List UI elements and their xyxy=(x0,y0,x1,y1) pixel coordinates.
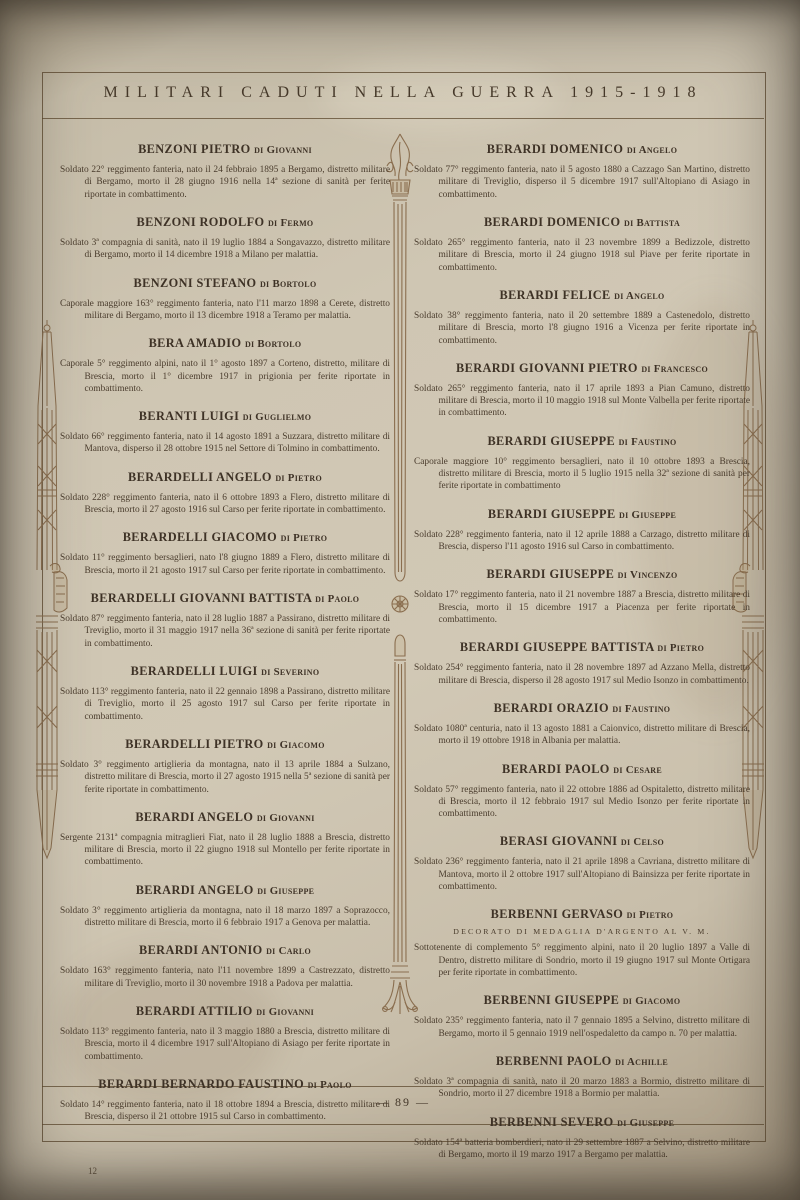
entry-patronymic: di Angelo xyxy=(614,290,664,302)
entry-text: Soldato 66° reggimento fanteria, nato il… xyxy=(60,431,390,456)
entry-patronymic: di Giuseppe xyxy=(619,509,676,521)
entry-patronymic: di Pietro xyxy=(657,642,704,654)
entry-text: Sergente 2131ª compagnia mitraglieri Fia… xyxy=(60,832,390,869)
entry-heading: BERARDI DOMENICO di Battista xyxy=(414,215,750,230)
entry-heading: BERARDI ANGELO di Giuseppe xyxy=(60,883,390,898)
memorial-entry: BERBENNI PAOLO di Achille Soldato 3ª com… xyxy=(414,1054,750,1101)
entry-patronymic: di Giuseppe xyxy=(617,1117,674,1129)
memorial-entry: BERBENNI GIUSEPPE di Giacomo Soldato 235… xyxy=(414,993,750,1040)
entry-heading: BERARDI ATTILIO di Giovanni xyxy=(60,1004,390,1019)
entry-patronymic: di Giacomo xyxy=(267,739,325,751)
entry-name: BERBENNI GIUSEPPE xyxy=(484,993,620,1007)
memorial-entry: BERASI GIOVANNI di Celso Soldato 236° re… xyxy=(414,834,750,893)
memorial-entry: BERBENNI SEVERO di Giuseppe Soldato 154ª… xyxy=(414,1115,750,1162)
entry-heading: BENZONI STEFANO di Bortolo xyxy=(60,276,390,291)
entry-name: BERARDI GIUSEPPE BATTISTA xyxy=(460,640,654,654)
entry-heading: BERARDI GIUSEPPE di Giuseppe xyxy=(414,507,750,522)
entry-heading: BERARDI ANTONIO di Carlo xyxy=(60,943,390,958)
memorial-entry: BERARDI ANGELO di Giovanni Sergente 2131… xyxy=(60,810,390,869)
entry-name: BERASI GIOVANNI xyxy=(500,834,618,848)
entry-heading: BERARDELLI GIOVANNI BATTISTA di Paolo xyxy=(60,591,390,606)
entry-text: Soldato 228° reggimento fanteria, nato i… xyxy=(414,529,750,554)
entry-heading: BERARDI ANGELO di Giovanni xyxy=(60,810,390,825)
entry-patronymic: di Fermo xyxy=(268,217,313,229)
entry-text: Soldato 235° reggimento fanteria, nato i… xyxy=(414,1015,750,1040)
memorial-entry: BERARDI ANGELO di Giuseppe Soldato 3° re… xyxy=(60,883,390,930)
entry-text: Soldato 236° reggimento fanteria, nato i… xyxy=(414,856,750,893)
entry-text: Caporale maggiore 10° reggimento bersagl… xyxy=(414,456,750,493)
entry-heading: BERARDELLI GIACOMO di Pietro xyxy=(60,530,390,545)
entry-patronymic: di Guglielmo xyxy=(243,411,311,423)
memorial-entry: BENZONI RODOLFO di Fermo Soldato 3ª comp… xyxy=(60,215,390,262)
entry-text: Sottotenente di complemento 5° reggiment… xyxy=(414,942,750,979)
entry-text: Soldato 77° reggimento fanteria, nato il… xyxy=(414,164,750,201)
entry-name: BERARDI FELICE xyxy=(499,288,610,302)
entry-name: BERANTI LUIGI xyxy=(139,409,240,423)
entry-patronymic: di Bortolo xyxy=(260,278,316,290)
entry-name: BERARDELLI PIETRO xyxy=(125,737,263,751)
entry-name: BERARDI GIUSEPPE xyxy=(488,507,616,521)
entry-name: BERARDELLI GIOVANNI BATTISTA xyxy=(91,591,312,605)
entry-patronymic: di Giovanni xyxy=(256,1006,314,1018)
entry-heading: BERARDI ORAZIO di Faustino xyxy=(414,701,750,716)
memorial-entry: BERARDELLI ANGELO di Pietro Soldato 228°… xyxy=(60,470,390,517)
entry-heading: BERARDI GIUSEPPE BATTISTA di Pietro xyxy=(414,640,750,655)
entry-name: BERBENNI SEVERO xyxy=(490,1115,614,1129)
entry-heading: BERBENNI GIUSEPPE di Giacomo xyxy=(414,993,750,1008)
memorial-entry: BERARDI GIUSEPPE di Giuseppe Soldato 228… xyxy=(414,507,750,554)
entry-name: BENZONI PIETRO xyxy=(138,142,251,156)
entry-patronymic: di Giovanni xyxy=(257,812,315,824)
memorial-entry: BERARDI DOMENICO di Angelo Soldato 77° r… xyxy=(414,142,750,201)
entry-text: Soldato 113° reggimento fanteria, nato i… xyxy=(60,686,390,723)
entry-name: BENZONI STEFANO xyxy=(134,276,257,290)
entry-heading: BERARDI GIOVANNI PIETRO di Francesco xyxy=(414,361,750,376)
memorial-entry: BERARDI PAOLO di Cesare Soldato 57° regg… xyxy=(414,762,750,821)
entry-patronymic: di Severino xyxy=(261,666,319,678)
entry-patronymic: di Carlo xyxy=(266,945,311,957)
memorial-entry: BERARDI ATTILIO di Giovanni Soldato 113°… xyxy=(60,1004,390,1063)
entry-name: BERARDI ORAZIO xyxy=(494,701,609,715)
memorial-entry: BERARDELLI LUIGI di Severino Soldato 113… xyxy=(60,664,390,723)
entry-name: BERBENNI GERVASO xyxy=(491,907,624,921)
entry-text: Soldato 113° reggimento fanteria, nato i… xyxy=(60,1026,390,1063)
entry-patronymic: di Pietro xyxy=(275,472,322,484)
entry-patronymic: di Paolo xyxy=(308,1079,352,1091)
entry-decoration: DECORATO DI MEDAGLIA D'ARGENTO AL V. M. xyxy=(414,927,750,936)
entry-name: BERARDI GIOVANNI PIETRO xyxy=(456,361,638,375)
entry-text: Soldato 3ª compagnia di sanità, nato il … xyxy=(60,237,390,262)
entry-patronymic: di Paolo xyxy=(315,593,359,605)
entry-text: Soldato 3° reggimento artiglieria da mon… xyxy=(60,759,390,796)
memorial-entry: BERA AMADIO di Bortolo Caporale 5° reggi… xyxy=(60,336,390,395)
entry-name: BERARDI DOMENICO xyxy=(487,142,624,156)
entry-heading: BERARDELLI ANGELO di Pietro xyxy=(60,470,390,485)
memorial-entry: BERARDI GIUSEPPE di Faustino Caporale ma… xyxy=(414,434,750,493)
entry-patronymic: di Giovanni xyxy=(254,144,312,156)
entry-heading: BERARDI GIUSEPPE di Faustino xyxy=(414,434,750,449)
entry-text: Soldato 17° reggimento fanteria, nato il… xyxy=(414,589,750,626)
entry-name: BERARDI GIUSEPPE xyxy=(487,434,615,448)
entry-heading: BERARDELLI PIETRO di Giacomo xyxy=(60,737,390,752)
entry-heading: BERANTI LUIGI di Guglielmo xyxy=(60,409,390,424)
entry-text: Caporale maggiore 163° reggimento fanter… xyxy=(60,298,390,323)
entry-heading: BENZONI PIETRO di Giovanni xyxy=(60,142,390,157)
entry-name: BERARDI ANGELO xyxy=(136,883,254,897)
entry-heading: BERA AMADIO di Bortolo xyxy=(60,336,390,351)
memorial-entry: BERBENNI GERVASO di Pietro DECORATO DI M… xyxy=(414,907,750,979)
page-number: — 89 — xyxy=(42,1095,764,1110)
entry-patronymic: di Pietro xyxy=(281,532,328,544)
entry-name: BERARDI ANTONIO xyxy=(139,943,263,957)
entry-text: Soldato 57° reggimento fanteria, nato il… xyxy=(414,784,750,821)
entry-text: Soldato 265° reggimento fanteria, nato i… xyxy=(414,237,750,274)
entry-name: BERARDI ANGELO xyxy=(135,810,253,824)
entry-text: Soldato 22° reggimento fanteria, nato il… xyxy=(60,164,390,201)
entry-heading: BERARDI PAOLO di Cesare xyxy=(414,762,750,777)
entry-patronymic: di Bortolo xyxy=(245,338,301,350)
entry-patronymic: di Faustino xyxy=(612,703,670,715)
entry-name: BERARDELLI LUIGI xyxy=(131,664,258,678)
entry-patronymic: di Pietro xyxy=(627,909,674,921)
entry-heading: BERARDELLI LUIGI di Severino xyxy=(60,664,390,679)
scanned-book-page: MILITARI CADUTI NELLA GUERRA 1915-1918 xyxy=(0,0,800,1200)
corner-sheet-number: 12 xyxy=(88,1166,97,1176)
entry-name: BERARDI GIUSEPPE xyxy=(486,567,614,581)
entry-text: Soldato 254° reggimento fanteria, nato i… xyxy=(414,662,750,687)
entry-patronymic: di Battista xyxy=(624,217,680,229)
entry-text: Soldato 154ª batteria bomberdieri, nato … xyxy=(414,1137,750,1162)
memorial-entry: BERARDELLI PIETRO di Giacomo Soldato 3° … xyxy=(60,737,390,796)
entry-heading: BERBENNI PAOLO di Achille xyxy=(414,1054,750,1069)
memorial-entry: BENZONI PIETRO di Giovanni Soldato 22° r… xyxy=(60,142,390,201)
entry-patronymic: di Francesco xyxy=(641,363,708,375)
entry-name: BERARDI BERNARDO FAUSTINO xyxy=(98,1077,304,1091)
entry-patronymic: di Achille xyxy=(615,1056,668,1068)
entry-patronymic: di Angelo xyxy=(627,144,677,156)
entry-heading: BENZONI RODOLFO di Fermo xyxy=(60,215,390,230)
entry-text: Soldato 265° reggimento fanteria, nato i… xyxy=(414,383,750,420)
entry-name: BENZONI RODOLFO xyxy=(137,215,265,229)
memorial-entry: BERARDELLI GIOVANNI BATTISTA di Paolo So… xyxy=(60,591,390,650)
entry-name: BERBENNI PAOLO xyxy=(496,1054,612,1068)
memorial-entry: BERARDELLI GIACOMO di Pietro Soldato 11°… xyxy=(60,530,390,577)
entry-name: BERA AMADIO xyxy=(149,336,242,350)
entry-text: Soldato 87° reggimento fanteria, nato il… xyxy=(60,613,390,650)
entry-name: BERARDELLI GIACOMO xyxy=(123,530,277,544)
entry-heading: BERARDI BERNARDO FAUSTINO di Paolo xyxy=(60,1077,390,1092)
entry-patronymic: di Celso xyxy=(621,836,664,848)
entry-patronymic: di Giacomo xyxy=(623,995,681,1007)
header-divider-rule xyxy=(42,118,764,119)
right-column: BERARDI DOMENICO di Angelo Soldato 77° r… xyxy=(414,128,750,1172)
entry-heading: BERASI GIOVANNI di Celso xyxy=(414,834,750,849)
entry-name: BERARDELLI ANGELO xyxy=(128,470,272,484)
entry-heading: BERBENNI GERVASO di Pietro xyxy=(414,907,750,922)
entry-heading: BERBENNI SEVERO di Giuseppe xyxy=(414,1115,750,1130)
entry-name: BERARDI ATTILIO xyxy=(136,1004,253,1018)
entry-text: Soldato 38° reggimento fanteria, nato il… xyxy=(414,310,750,347)
page-title: MILITARI CADUTI NELLA GUERRA 1915-1918 xyxy=(42,84,764,102)
entry-patronymic: di Faustino xyxy=(619,436,677,448)
memorial-entry: BENZONI STEFANO di Bortolo Caporale magg… xyxy=(60,276,390,323)
memorial-entry: BERARDI GIOVANNI PIETRO di Francesco Sol… xyxy=(414,361,750,420)
entry-patronymic: di Cesare xyxy=(613,764,662,776)
entry-text: Soldato 3° reggimento artiglieria da mon… xyxy=(60,905,390,930)
memorial-entry: BERARDI ANTONIO di Carlo Soldato 163° re… xyxy=(60,943,390,990)
entry-patronymic: di Giuseppe xyxy=(257,885,314,897)
entry-text: Soldato 11° reggimento bersaglieri, nato… xyxy=(60,552,390,577)
entry-text: Soldato 1080ª centuria, nato il 13 agost… xyxy=(414,723,750,748)
memorial-entry: BERANTI LUIGI di Guglielmo Soldato 66° r… xyxy=(60,409,390,456)
memorial-entry: BERARDI GIUSEPPE di Vincenzo Soldato 17°… xyxy=(414,567,750,626)
entry-name: BERARDI PAOLO xyxy=(502,762,610,776)
entry-text: Soldato 228° reggimento fanteria, nato i… xyxy=(60,492,390,517)
memorial-entry: BERARDI DOMENICO di Battista Soldato 265… xyxy=(414,215,750,274)
entry-text: Caporale 5° reggimento alpini, nato il 1… xyxy=(60,358,390,395)
left-column: BENZONI PIETRO di Giovanni Soldato 22° r… xyxy=(60,128,390,1135)
entry-heading: BERARDI FELICE di Angelo xyxy=(414,288,750,303)
memorial-entry: BERARDI ORAZIO di Faustino Soldato 1080ª… xyxy=(414,701,750,748)
entry-heading: BERARDI DOMENICO di Angelo xyxy=(414,142,750,157)
entry-patronymic: di Vincenzo xyxy=(618,569,678,581)
memorial-entry: BERARDI FELICE di Angelo Soldato 38° reg… xyxy=(414,288,750,347)
entry-text: Soldato 163° reggimento fanteria, nato l… xyxy=(60,965,390,990)
entry-name: BERARDI DOMENICO xyxy=(484,215,621,229)
memorial-entry: BERARDI GIUSEPPE BATTISTA di Pietro Sold… xyxy=(414,640,750,687)
entry-heading: BERARDI GIUSEPPE di Vincenzo xyxy=(414,567,750,582)
